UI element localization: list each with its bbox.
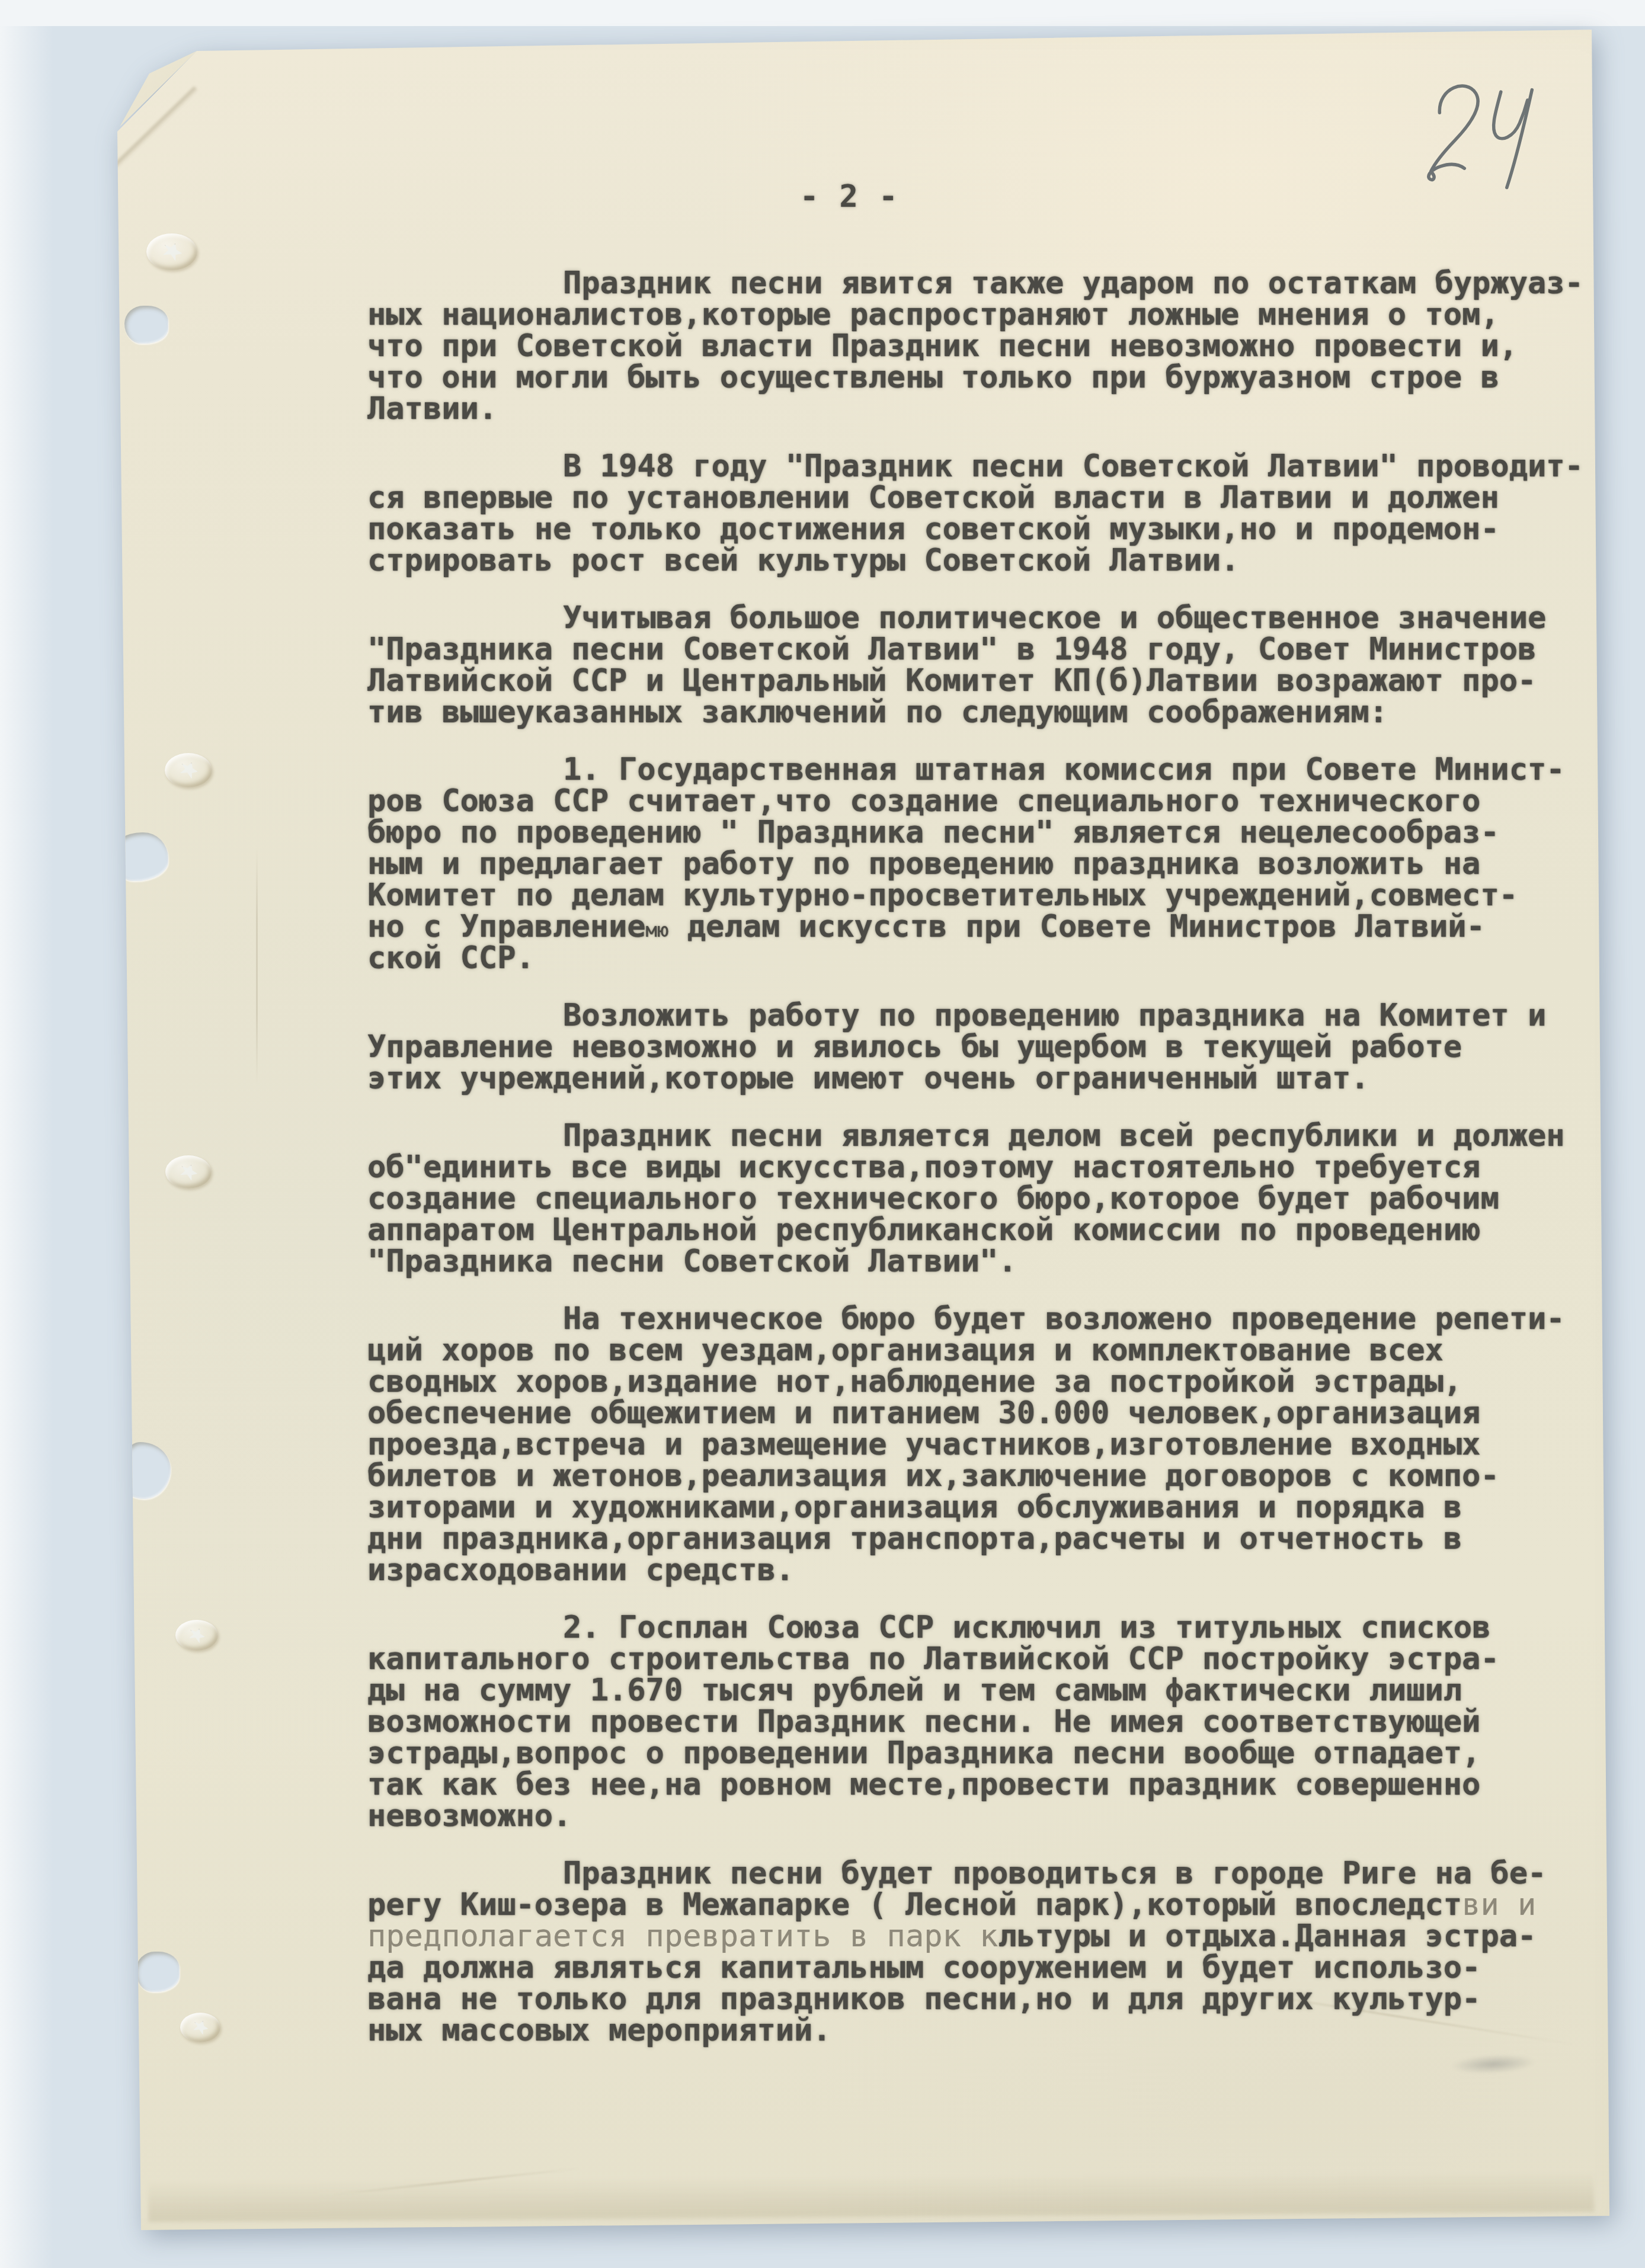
- text-segment: да должна являться капитальным сооружени…: [367, 1950, 1480, 1985]
- eyelet-hole: [165, 753, 212, 787]
- text-segment: Возложить работу по проведению праздника…: [563, 998, 1546, 1033]
- text-line: тив вышеуказанных заключений по следующи…: [367, 697, 1588, 728]
- text-segment: капитального строительства по Латвийской…: [367, 1641, 1499, 1677]
- text-line: Возложить работу по проведению праздника…: [367, 1000, 1588, 1032]
- punch-hole: [136, 1952, 180, 1992]
- text-line: Латвийской ССР и Центральный Комитет КП(…: [367, 665, 1588, 697]
- handwritten-page-number: [1401, 53, 1556, 207]
- text-segment: эстрады,вопрос о проведении Праздника пе…: [367, 1735, 1480, 1771]
- document-page: - 2 - Праздник песни явится также ударом…: [0, 0, 1645, 2268]
- text-line: На техническое бюро будет возложено пров…: [367, 1303, 1588, 1335]
- text-line: Комитет по делам культурно-просветительн…: [367, 880, 1588, 911]
- text-segment: аппаратом Центральной республиканской ко…: [367, 1212, 1480, 1248]
- text-line: ды на сумму 1.670 тысяч рублей и тем сам…: [367, 1675, 1588, 1706]
- text-segment: ных массовых мероприятий.: [367, 2013, 831, 2048]
- text-segment: ров Союза ССР считает,что создание специ…: [367, 783, 1480, 819]
- scanned-document-background: - 2 - Праздник песни явится также ударом…: [0, 0, 1645, 2268]
- text-segment: льтуры и отдыха.Данная эстра-: [998, 1918, 1536, 1954]
- text-line: невозможно.: [367, 1801, 1588, 1832]
- text-segment: проезда,встреча и размещение участников,…: [367, 1427, 1480, 1462]
- text-line: Праздник песни будет проводиться в город…: [367, 1858, 1588, 1889]
- text-line: эстрады,вопрос о проведении Праздника пе…: [367, 1738, 1588, 1769]
- text-line: ся впервые по установлении Советской вла…: [367, 482, 1588, 514]
- text-line: зиторами и художниками,организация обслу…: [367, 1492, 1588, 1523]
- text-line: Праздник песни явится также ударом по ос…: [367, 268, 1588, 299]
- text-segment: ций хоров по всем уездам,организация и к…: [367, 1332, 1444, 1368]
- text-line: обеспечение общежитием и питанием 30.000…: [367, 1398, 1588, 1429]
- text-line: ров Союза ССР считает,что создание специ…: [367, 786, 1588, 817]
- text-segment: предполагается превратить в парк к: [367, 1918, 998, 1954]
- text-segment: ся впервые по установлении Советской вла…: [367, 480, 1499, 515]
- text-segment: что они могли быть осуществлены только п…: [367, 360, 1499, 395]
- text-line: стрировать рост всей культуры Советской …: [367, 545, 1588, 576]
- paragraph: В 1948 году "Праздник песни Советской Ла…: [367, 451, 1588, 576]
- text-line: вана не только для праздников песни,но и…: [367, 1984, 1588, 2015]
- paragraph: На техническое бюро будет возложено пров…: [367, 1303, 1588, 1586]
- paragraph: Возложить работу по проведению праздника…: [367, 1000, 1588, 1094]
- text-line: этих учреждений,которые имеют очень огра…: [367, 1063, 1588, 1094]
- text-segment: Праздник песни будет проводиться в город…: [563, 1856, 1546, 1891]
- text-line: ных националистов,которые распространяют…: [367, 299, 1588, 331]
- text-segment: стрировать рост всей культуры Советской …: [367, 543, 1239, 578]
- text-line: ных массовых мероприятий.: [367, 2015, 1588, 2046]
- text-segment: вана не только для праздников песни,но и…: [367, 1981, 1480, 2017]
- text-segment: Праздник песни является делом всей респу…: [563, 1118, 1565, 1154]
- text-segment: 2. Госплан Союза ССР исключил из титульн…: [563, 1610, 1490, 1645]
- text-line: показать не только достижения советской …: [367, 514, 1588, 545]
- text-segment: тив вышеуказанных заключений по следующи…: [367, 694, 1388, 730]
- paper-crease: [256, 847, 258, 1084]
- text-line: об"единить все виды искусства,поэтому на…: [367, 1152, 1588, 1183]
- text-line: регу Киш-озера в Межапарке ( Лесной парк…: [367, 1889, 1588, 1921]
- text-line: билетов и жетонов,реализация их,заключен…: [367, 1460, 1588, 1492]
- eyelet-hole: [146, 233, 197, 270]
- text-line: Праздник песни является делом всей респу…: [367, 1120, 1588, 1152]
- eyelet-hole: [165, 1155, 212, 1189]
- text-segment: создание специального технического бюро,…: [367, 1181, 1499, 1216]
- text-line: "Праздника песни Советской Латвии" в 194…: [367, 634, 1588, 665]
- text-segment: Учитывая большое политическое и обществе…: [563, 600, 1546, 636]
- text-line: ской ССР.: [367, 943, 1588, 974]
- text-segment: зиторами и художниками,организация обслу…: [367, 1489, 1462, 1525]
- paragraph: Учитывая большое политическое и обществе…: [367, 603, 1588, 728]
- text-segment: сводных хоров,издание нот,наблюдение за …: [367, 1364, 1462, 1399]
- page-number: - 2 -: [800, 181, 899, 213]
- text-segment: дни праздника,организация транспорта,рас…: [367, 1521, 1462, 1556]
- text-segment: возможности провести Праздник песни. Не …: [367, 1704, 1480, 1740]
- text-segment: В 1948 году "Праздник песни Советской Ла…: [563, 449, 1583, 484]
- text-segment: Латвийской ССР и Центральный Комитет КП(…: [367, 663, 1536, 699]
- text-segment: ской ССР.: [367, 940, 535, 976]
- document-text: Праздник песни явится также ударом по ос…: [367, 268, 1588, 2046]
- text-line: что при Советской власти Праздник песни …: [367, 331, 1588, 362]
- text-segment: но с Управление: [367, 909, 646, 944]
- punch-hole: [124, 306, 168, 344]
- text-segment: 1. Государственная штатная комиссия при …: [563, 752, 1565, 787]
- text-line: да должна являться капитальным сооружени…: [367, 1952, 1588, 1984]
- text-line: ным и предлагает работу по проведению пр…: [367, 848, 1588, 880]
- text-line: ций хоров по всем уездам,организация и к…: [367, 1335, 1588, 1366]
- text-segment: На техническое бюро будет возложено пров…: [563, 1301, 1565, 1337]
- text-segment: ным и предлагает работу по проведению пр…: [367, 846, 1480, 882]
- text-line: В 1948 году "Праздник песни Советской Ла…: [367, 451, 1588, 482]
- paragraph: 2. Госплан Союза ССР исключил из титульн…: [367, 1612, 1588, 1832]
- punch-hole: [111, 832, 168, 881]
- text-segment: регу Киш-озера в Межапарке ( Лесной парк…: [367, 1887, 1462, 1923]
- text-segment: "Праздника песни Советской Латвии".: [367, 1244, 1017, 1279]
- text-segment: ных националистов,которые распространяют…: [367, 297, 1499, 332]
- text-segment: обеспечение общежитием и питанием 30.000…: [367, 1395, 1480, 1431]
- text-line: аппаратом Центральной республиканской ко…: [367, 1215, 1588, 1246]
- punch-hole: [119, 1442, 171, 1499]
- text-line: возможности провести Праздник песни. Не …: [367, 1706, 1588, 1738]
- text-line: 1. Государственная штатная комиссия при …: [367, 754, 1588, 786]
- text-line: сводных хоров,издание нот,наблюдение за …: [367, 1366, 1588, 1398]
- text-line: Управление невозможно и явилось бы ущерб…: [367, 1032, 1588, 1063]
- text-segment: показать не только достижения советской …: [367, 511, 1499, 547]
- eyelet-hole: [180, 2013, 220, 2042]
- text-line: капитального строительства по Латвийской…: [367, 1644, 1588, 1675]
- text-segment: бюро по проведению " Праздника песни" яв…: [367, 815, 1499, 850]
- text-line: предполагается превратить в парк кльтуры…: [367, 1921, 1588, 1952]
- text-line: проезда,встреча и размещение участников,…: [367, 1429, 1588, 1460]
- paragraph: 1. Государственная штатная комиссия при …: [367, 754, 1588, 974]
- text-segment: так как без нее,на ровном месте,провести…: [367, 1767, 1480, 1802]
- text-segment: израсходовании средств.: [367, 1552, 794, 1588]
- text-line: 2. Госплан Союза ССР исключил из титульн…: [367, 1612, 1588, 1644]
- text-segment: Латвии.: [367, 391, 497, 427]
- text-line: израсходовании средств.: [367, 1555, 1588, 1586]
- paper-shadow-wrapper: - 2 - Праздник песни явится также ударом…: [0, 0, 1645, 2268]
- text-segment: Праздник песни явится также ударом по ос…: [563, 265, 1583, 301]
- text-segment: билетов и жетонов,реализация их,заключен…: [367, 1458, 1499, 1494]
- text-line: создание специального технического бюро,…: [367, 1183, 1588, 1215]
- text-segment: что при Советской власти Праздник песни …: [367, 328, 1518, 364]
- paragraph: Праздник песни будет проводиться в город…: [367, 1858, 1588, 2046]
- text-segment: "Праздника песни Советской Латвии" в 194…: [367, 632, 1536, 667]
- text-line: "Праздника песни Советской Латвии".: [367, 1246, 1588, 1277]
- text-segment: этих учреждений,которые имеют очень огра…: [367, 1061, 1369, 1096]
- text-segment: ды на сумму 1.670 тысяч рублей и тем сам…: [367, 1673, 1462, 1708]
- bottom-edge-wrinkle: [148, 2170, 1594, 2222]
- corner-fold-shadow: [113, 87, 199, 169]
- text-line: что они могли быть осуществлены только п…: [367, 362, 1588, 393]
- text-segment: Управление невозможно и явилось бы ущерб…: [367, 1029, 1462, 1065]
- text-line: так как без нее,на ровном месте,провести…: [367, 1769, 1588, 1801]
- eyelet-hole: [175, 1620, 218, 1651]
- paragraph: Праздник песни является делом всей респу…: [367, 1120, 1588, 1277]
- text-line: дни праздника,организация транспорта,рас…: [367, 1523, 1588, 1555]
- text-segment: Комитет по делам культурно-просветительн…: [367, 877, 1518, 913]
- text-segment: мю: [646, 919, 669, 941]
- text-segment: об"единить все виды искусства,поэтому на…: [367, 1149, 1480, 1185]
- text-line: бюро по проведению " Праздника песни" яв…: [367, 817, 1588, 848]
- text-segment: невозможно.: [367, 1798, 571, 1834]
- text-segment: делам искусств при Совете Министров Латв…: [668, 909, 1485, 944]
- text-line: но с Управлениемю делам искусств при Сов…: [367, 911, 1588, 943]
- paragraph: Праздник песни явится также ударом по ос…: [367, 268, 1588, 425]
- text-line: Учитывая большое политическое и обществе…: [367, 603, 1588, 634]
- text-line: Латвии.: [367, 393, 1588, 425]
- text-segment: ви и: [1462, 1887, 1536, 1923]
- pencil-smudge: [1433, 2048, 1553, 2080]
